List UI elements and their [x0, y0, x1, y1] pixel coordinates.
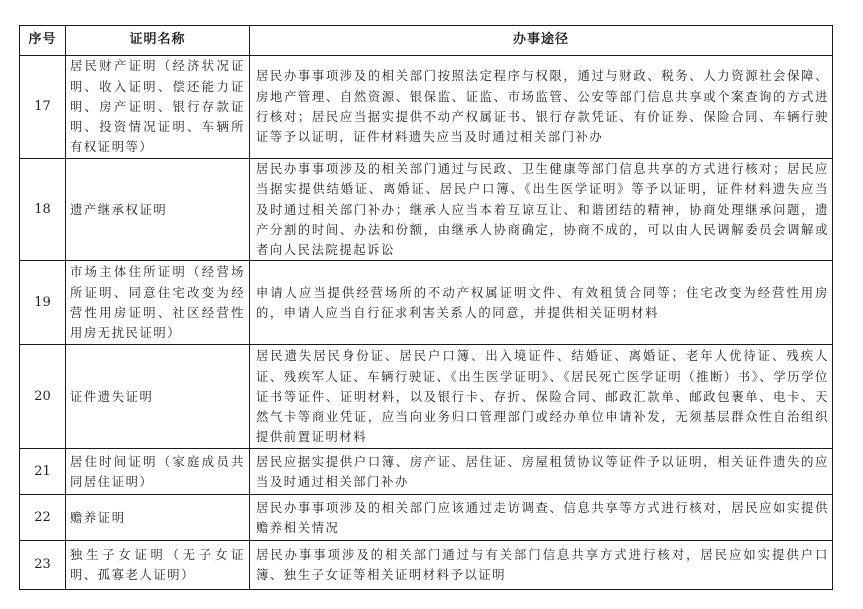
handling-route: 居民遗失居民身份证、居民户口簿、出入境证件、结婚证、离婚证、老年人优待证、残疾人… — [250, 345, 833, 449]
header-serial-number: 序号 — [20, 26, 66, 56]
handling-route: 居民应据实提供户口簿、房产证、居住证、房屋租赁协议等证件予以证明，相关证件遗失的… — [250, 449, 833, 495]
certificate-name: 遗产继承权证明 — [66, 159, 250, 261]
table-row: 22 赡养证明 居民办事事项涉及的相关部门应该通过走访调查、信息共享等方式进行核… — [20, 495, 833, 541]
table-row: 20 证件遗失证明 居民遗失居民身份证、居民户口簿、出入境证件、结婚证、离婚证、… — [20, 345, 833, 449]
handling-route: 申请人应当提供经营场所的不动产权属证明文件、有效租赁合同等；住宅改变为经营性用房… — [250, 261, 833, 345]
row-number: 17 — [20, 56, 66, 159]
table-header-row: 序号 证明名称 办事途径 — [20, 26, 833, 56]
table-row: 19 市场主体住所证明（经营场所证明、同意住宅改变为经营性用房证明、社区经营性用… — [20, 261, 833, 345]
handling-route: 居民办事事项涉及的相关部门应该通过走访调查、信息共享等方式进行核对，居民应如实提… — [250, 495, 833, 541]
handling-route: 居民办事事项涉及的相关部门通过与有关部门信息共享方式进行核对，居民应如实提供户口… — [250, 541, 833, 590]
handling-route: 居民办事事项涉及的相关部门按照法定程序与权限，通过与财政、税务、人力资源社会保障… — [250, 56, 833, 159]
row-number: 20 — [20, 345, 66, 449]
row-number: 19 — [20, 261, 66, 345]
row-number: 18 — [20, 159, 66, 261]
row-number: 21 — [20, 449, 66, 495]
certificate-name: 居住时间证明（家庭成员共同居住证明） — [66, 449, 250, 495]
certificate-name: 证件遗失证明 — [66, 345, 250, 449]
certificate-name: 独生子女证明（无子女证明、孤寡老人证明） — [66, 541, 250, 590]
header-certificate-name: 证明名称 — [66, 26, 250, 56]
table-row: 23 独生子女证明（无子女证明、孤寡老人证明） 居民办事事项涉及的相关部门通过与… — [20, 541, 833, 590]
table-row: 18 遗产继承权证明 居民办事事项涉及的相关部门通过与民政、卫生健康等部门信息共… — [20, 159, 833, 261]
table-row: 17 居民财产证明（经济状况证明、收入证明、偿还能力证明、房产证明、银行存款证明… — [20, 56, 833, 159]
row-number: 22 — [20, 495, 66, 541]
certificate-name: 赡养证明 — [66, 495, 250, 541]
header-handling-route: 办事途径 — [250, 26, 833, 56]
certificate-table: 序号 证明名称 办事途径 17 居民财产证明（经济状况证明、收入证明、偿还能力证… — [19, 25, 833, 590]
certificate-name: 居民财产证明（经济状况证明、收入证明、偿还能力证明、房产证明、银行存款证明、投资… — [66, 56, 250, 159]
handling-route: 居民办事事项涉及的相关部门通过与民政、卫生健康等部门信息共享的方式进行核对；居民… — [250, 159, 833, 261]
table-row: 21 居住时间证明（家庭成员共同居住证明） 居民应据实提供户口簿、房产证、居住证… — [20, 449, 833, 495]
row-number: 23 — [20, 541, 66, 590]
certificate-name: 市场主体住所证明（经营场所证明、同意住宅改变为经营性用房证明、社区经营性用房无扰… — [66, 261, 250, 345]
